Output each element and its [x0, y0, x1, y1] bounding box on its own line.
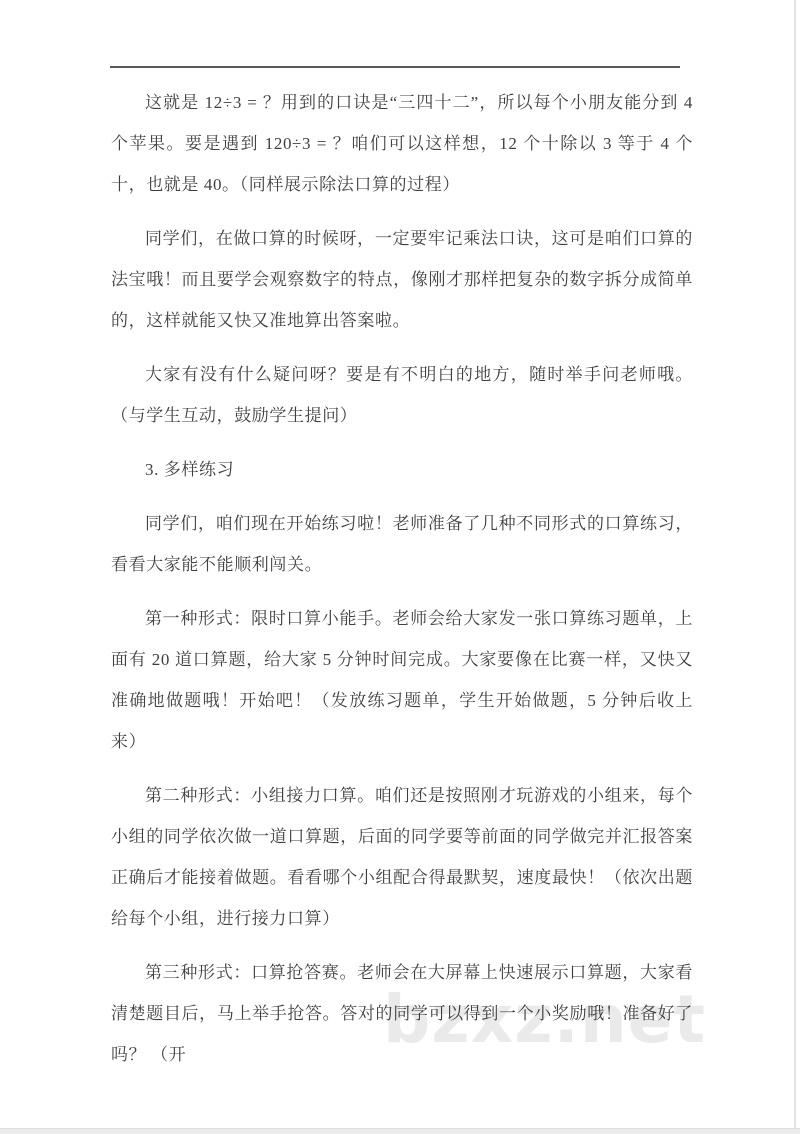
- document-body: 这就是 12÷3 = ？用到的口诀是“三四十二”，所以每个小朋友能分到 4 个苹…: [111, 82, 693, 1088]
- paragraph: 这就是 12÷3 = ？用到的口诀是“三四十二”，所以每个小朋友能分到 4 个苹…: [111, 82, 693, 205]
- paragraph: 第三种形式：口算抢答赛。老师会在大屏幕上快速展示口算题，大家看清楚题目后，马上举…: [111, 952, 693, 1075]
- section-heading: 3. 多样练习: [111, 449, 693, 490]
- paragraph: 第二种形式：小组接力口算。咱们还是按照刚才玩游戏的小组来，每个小组的同学依次做一…: [111, 775, 693, 939]
- document-page: bzxz.net 这就是 12÷3 = ？用到的口诀是“三四十二”，所以每个小朋…: [0, 0, 800, 1134]
- paragraph: 大家有没有什么疑问呀？要是有不明白的地方，随时举手问老师哦。（与学生互动，鼓励学…: [111, 354, 693, 436]
- page-bottom-edge: [0, 1128, 800, 1134]
- top-divider-rule: [110, 66, 680, 68]
- paragraph: 同学们，在做口算的时候呀，一定要牢记乘法口诀，这可是咱们口算的法宝哦！而且要学会…: [111, 218, 693, 341]
- page-right-edge: [794, 0, 796, 1129]
- paragraph: 同学们，咱们现在开始练习啦！老师准备了几种不同形式的口算练习，看看大家能不能顺利…: [111, 503, 693, 585]
- paragraph: 第一种形式：限时口算小能手。老师会给大家发一张口算练习题单，上面有 20 道口算…: [111, 598, 693, 762]
